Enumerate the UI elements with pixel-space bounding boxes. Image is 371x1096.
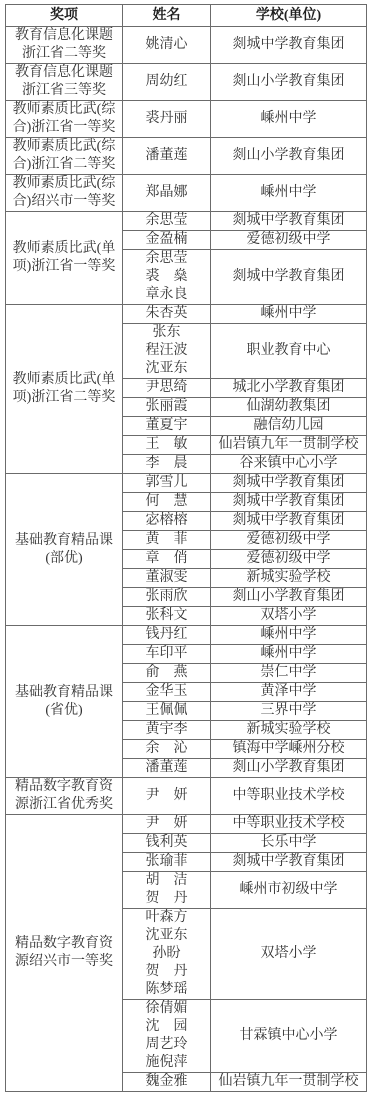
school-cell: 中等职业技术学校 — [211, 815, 367, 834]
name-cell: 张科文 — [123, 607, 211, 626]
award-cell: 基础教育精品课 (省优) — [6, 626, 123, 778]
name-cell: 章 俏 — [123, 550, 211, 569]
award-cell: 教师素质比武(单 项)浙江省一等奖 — [6, 212, 123, 305]
name-cell: 胡 洁 贺 丹 — [123, 872, 211, 909]
award-cell: 教育信息化课题 浙江省二等奖 — [6, 27, 123, 64]
school-cell: 爱德初级中学 — [211, 531, 367, 550]
awards-table-body: 教育信息化课题 浙江省二等奖姚清心剡城中学教育集团教育信息化课题 浙江省三等奖周… — [6, 27, 367, 1092]
school-cell: 长乐中学 — [211, 834, 367, 853]
school-cell: 新城实验学校 — [211, 569, 367, 588]
school-cell: 剡城中学教育集团 — [211, 474, 367, 493]
name-cell: 王 敏 — [123, 436, 211, 455]
name-cell: 尹 妍 — [123, 778, 211, 815]
name-cell: 尹 妍 — [123, 815, 211, 834]
header-row: 奖项 姓名 学校(单位) — [6, 5, 367, 27]
name-cell: 朱杏英 — [123, 305, 211, 324]
name-cell: 魏金雅 — [123, 1073, 211, 1092]
table-row: 精品数字教育资 源绍兴市一等奖尹 妍中等职业技术学校 — [6, 815, 367, 834]
header-school: 学校(单位) — [211, 5, 367, 27]
table-row: 基础教育精品课 (部优)郭雪儿剡城中学教育集团 — [6, 474, 367, 493]
award-cell: 教师素质比武(综 合)绍兴市一等奖 — [6, 175, 123, 212]
school-cell: 嵊州中学 — [211, 175, 367, 212]
award-cell: 基础教育精品课 (部优) — [6, 474, 123, 626]
school-cell: 城北小学教育集团 — [211, 379, 367, 398]
name-cell: 王佩佩 — [123, 702, 211, 721]
school-cell: 剡山小学教育集团 — [211, 588, 367, 607]
table-row: 教师素质比武(单 项)浙江省一等奖余思莹剡城中学教育集团 — [6, 212, 367, 231]
table-row: 基础教育精品课 (省优)钱丹红嵊州中学 — [6, 626, 367, 645]
school-cell: 剡城中学教育集团 — [211, 212, 367, 231]
school-cell: 甘霖镇中心小学 — [211, 1000, 367, 1073]
name-cell: 董夏宇 — [123, 417, 211, 436]
school-cell: 嵊州市初级中学 — [211, 872, 367, 909]
name-cell: 黄 菲 — [123, 531, 211, 550]
school-cell: 仙岩镇九年一贯制学校 — [211, 1073, 367, 1092]
name-cell: 张东 程汪波 沈亚东 — [123, 324, 211, 379]
name-cell: 潘董莲 — [123, 759, 211, 778]
name-cell: 徐倩媚 沈 园 周艺玲 施倪萍 — [123, 1000, 211, 1073]
school-cell: 崇仁中学 — [211, 664, 367, 683]
award-cell: 教育信息化课题 浙江省三等奖 — [6, 64, 123, 101]
name-cell: 钱丹红 — [123, 626, 211, 645]
name-cell: 张瑜菲 — [123, 853, 211, 872]
name-cell: 黄宇李 — [123, 721, 211, 740]
school-cell: 新城实验学校 — [211, 721, 367, 740]
school-cell: 嵊州中学 — [211, 645, 367, 664]
table-row: 教师素质比武(综 合)浙江省一等奖裘丹丽嵊州中学 — [6, 101, 367, 138]
school-cell: 融信幼儿园 — [211, 417, 367, 436]
school-cell: 爱德初级中学 — [211, 231, 367, 250]
award-cell: 教师素质比武(单 项)浙江省二等奖 — [6, 305, 123, 474]
school-cell: 双塔小学 — [211, 607, 367, 626]
name-cell: 何 慧 — [123, 493, 211, 512]
name-cell: 俞 燕 — [123, 664, 211, 683]
school-cell: 爱德初级中学 — [211, 550, 367, 569]
school-cell: 剡城中学教育集团 — [211, 27, 367, 64]
school-cell: 三界中学 — [211, 702, 367, 721]
school-cell: 剡山小学教育集团 — [211, 138, 367, 175]
name-cell: 金华玉 — [123, 683, 211, 702]
table-row: 教师素质比武(综 合)绍兴市一等奖郑晶娜嵊州中学 — [6, 175, 367, 212]
school-cell: 嵊州中学 — [211, 626, 367, 645]
table-row: 教师素质比武(单 项)浙江省二等奖朱杏英嵊州中学 — [6, 305, 367, 324]
name-cell: 董淑雯 — [123, 569, 211, 588]
name-cell: 余 沁 — [123, 740, 211, 759]
name-cell: 姚清心 — [123, 27, 211, 64]
school-cell: 剡山小学教育集团 — [211, 759, 367, 778]
awards-table-header: 奖项 姓名 学校(单位) — [6, 5, 367, 27]
award-cell: 教师素质比武(综 合)浙江省一等奖 — [6, 101, 123, 138]
name-cell: 钱利英 — [123, 834, 211, 853]
award-cell: 精品数字教育资 源绍兴市一等奖 — [6, 815, 123, 1092]
school-cell: 职业教育中心 — [211, 324, 367, 379]
name-cell: 李 晨 — [123, 455, 211, 474]
name-cell: 裘丹丽 — [123, 101, 211, 138]
name-cell: 余思莹 裘 燊 章永良 — [123, 250, 211, 305]
name-cell: 车印平 — [123, 645, 211, 664]
name-cell: 叶森方 沈亚东 孙盼 贺 丹 陈梦瑶 — [123, 909, 211, 1000]
school-cell: 双塔小学 — [211, 909, 367, 1000]
school-cell: 剡城中学教育集团 — [211, 493, 367, 512]
awards-table: 奖项 姓名 学校(单位) 教育信息化课题 浙江省二等奖姚清心剡城中学教育集团教育… — [5, 4, 367, 1092]
school-cell: 剡山小学教育集团 — [211, 64, 367, 101]
table-row: 精品数字教育资 源浙江省优秀奖尹 妍中等职业技术学校 — [6, 778, 367, 815]
header-award: 奖项 — [6, 5, 123, 27]
name-cell: 宓榕榕 — [123, 512, 211, 531]
name-cell: 郑晶娜 — [123, 175, 211, 212]
school-cell: 黄泽中学 — [211, 683, 367, 702]
school-cell: 镇海中学嵊州分校 — [211, 740, 367, 759]
name-cell: 张丽霞 — [123, 398, 211, 417]
name-cell: 潘董莲 — [123, 138, 211, 175]
name-cell: 郭雪儿 — [123, 474, 211, 493]
school-cell: 嵊州中学 — [211, 305, 367, 324]
school-cell: 嵊州中学 — [211, 101, 367, 138]
name-cell: 尹思绮 — [123, 379, 211, 398]
school-cell: 剡城中学教育集团 — [211, 250, 367, 305]
award-cell: 精品数字教育资 源浙江省优秀奖 — [6, 778, 123, 815]
school-cell: 中等职业技术学校 — [211, 778, 367, 815]
award-cell: 教师素质比武(综 合)浙江省二等奖 — [6, 138, 123, 175]
header-name: 姓名 — [123, 5, 211, 27]
school-cell: 仙岩镇九年一贯制学校 — [211, 436, 367, 455]
name-cell: 张雨欣 — [123, 588, 211, 607]
table-row: 教育信息化课题 浙江省三等奖周幼红剡山小学教育集团 — [6, 64, 367, 101]
table-row: 教育信息化课题 浙江省二等奖姚清心剡城中学教育集团 — [6, 27, 367, 64]
school-cell: 谷来镇中心小学 — [211, 455, 367, 474]
school-cell: 剡城中学教育集团 — [211, 512, 367, 531]
name-cell: 余思莹 — [123, 212, 211, 231]
table-row: 教师素质比武(综 合)浙江省二等奖潘董莲剡山小学教育集团 — [6, 138, 367, 175]
name-cell: 金盈楠 — [123, 231, 211, 250]
name-cell: 周幼红 — [123, 64, 211, 101]
school-cell: 剡城中学教育集团 — [211, 853, 367, 872]
school-cell: 仙湖幼教集团 — [211, 398, 367, 417]
